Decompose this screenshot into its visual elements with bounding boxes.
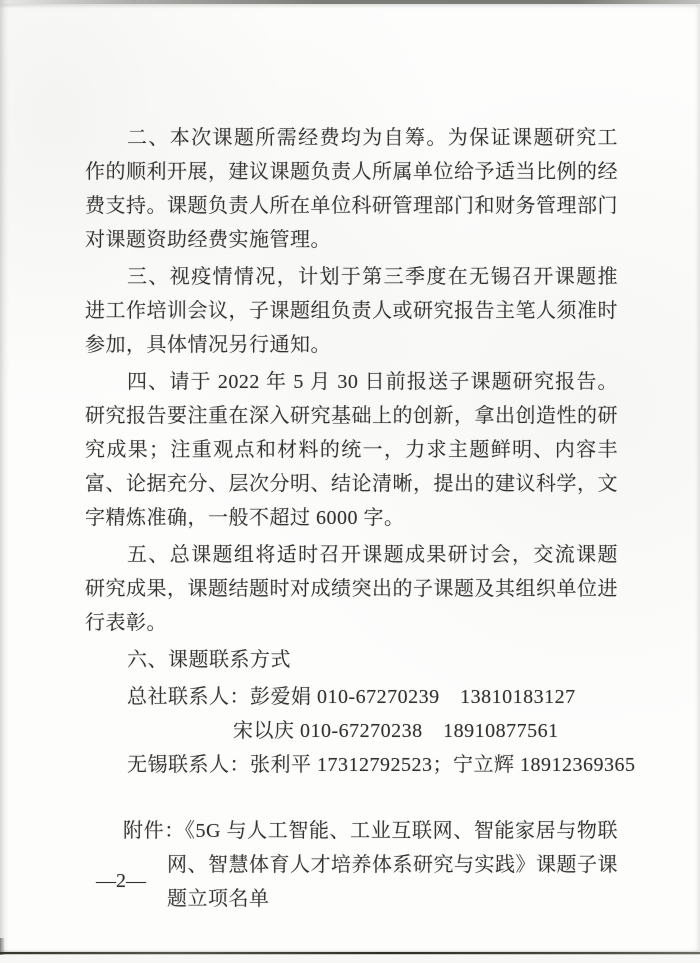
scan-edge-top bbox=[0, 0, 700, 4]
scan-edge-right bbox=[695, 5, 700, 951]
paragraph-funding: 二、本次课题所需经费均为自筹。为保证课题研究工作的顺利开展，建议课题负责人所属单… bbox=[85, 121, 618, 257]
document-page: 二、本次课题所需经费均为自筹。为保证课题研究工作的顺利开展，建议课题负责人所属单… bbox=[0, 0, 700, 963]
scan-edge-left bbox=[0, 0, 9, 955]
paragraph-training-meeting: 三、视疫情情况，计划于第三季度在无锡召开课题推进工作培训会议，子课题组负责人或研… bbox=[85, 260, 618, 362]
paragraph-contact-heading: 六、课题联系方式 bbox=[85, 643, 618, 677]
attachment-note: 附件：《5G 与人工智能、工业互联网、智能家居与物联网、智慧体育人才培养体系研究… bbox=[85, 814, 618, 916]
scan-edge-bottom-line bbox=[0, 952, 700, 954]
document-content: 二、本次课题所需经费均为自筹。为保证课题研究工作的顺利开展，建议课题负责人所属单… bbox=[85, 121, 618, 916]
page-number: —2— bbox=[96, 870, 146, 893]
paragraph-report-deadline: 四、请于 2022 年 5 月 30 日前报送子课题研究报告。研究报告要注重在深… bbox=[85, 365, 618, 535]
contact-line-hq-peng: 总社联系人：彭爱娟 010-67270239 13810183127 bbox=[127, 680, 618, 714]
paragraph-symposium-award: 五、总课题组将适时召开课题成果研讨会，交流课题研究成果，课题结题时对成绩突出的子… bbox=[85, 538, 618, 640]
contact-line-hq-song: 宋以庆 010-67270238 18910877561 bbox=[233, 714, 618, 748]
contact-line-wuxi: 无锡联系人：张利平 17312792523；宁立辉 18912369365 bbox=[127, 748, 618, 782]
scan-area-below-page bbox=[0, 955, 700, 963]
